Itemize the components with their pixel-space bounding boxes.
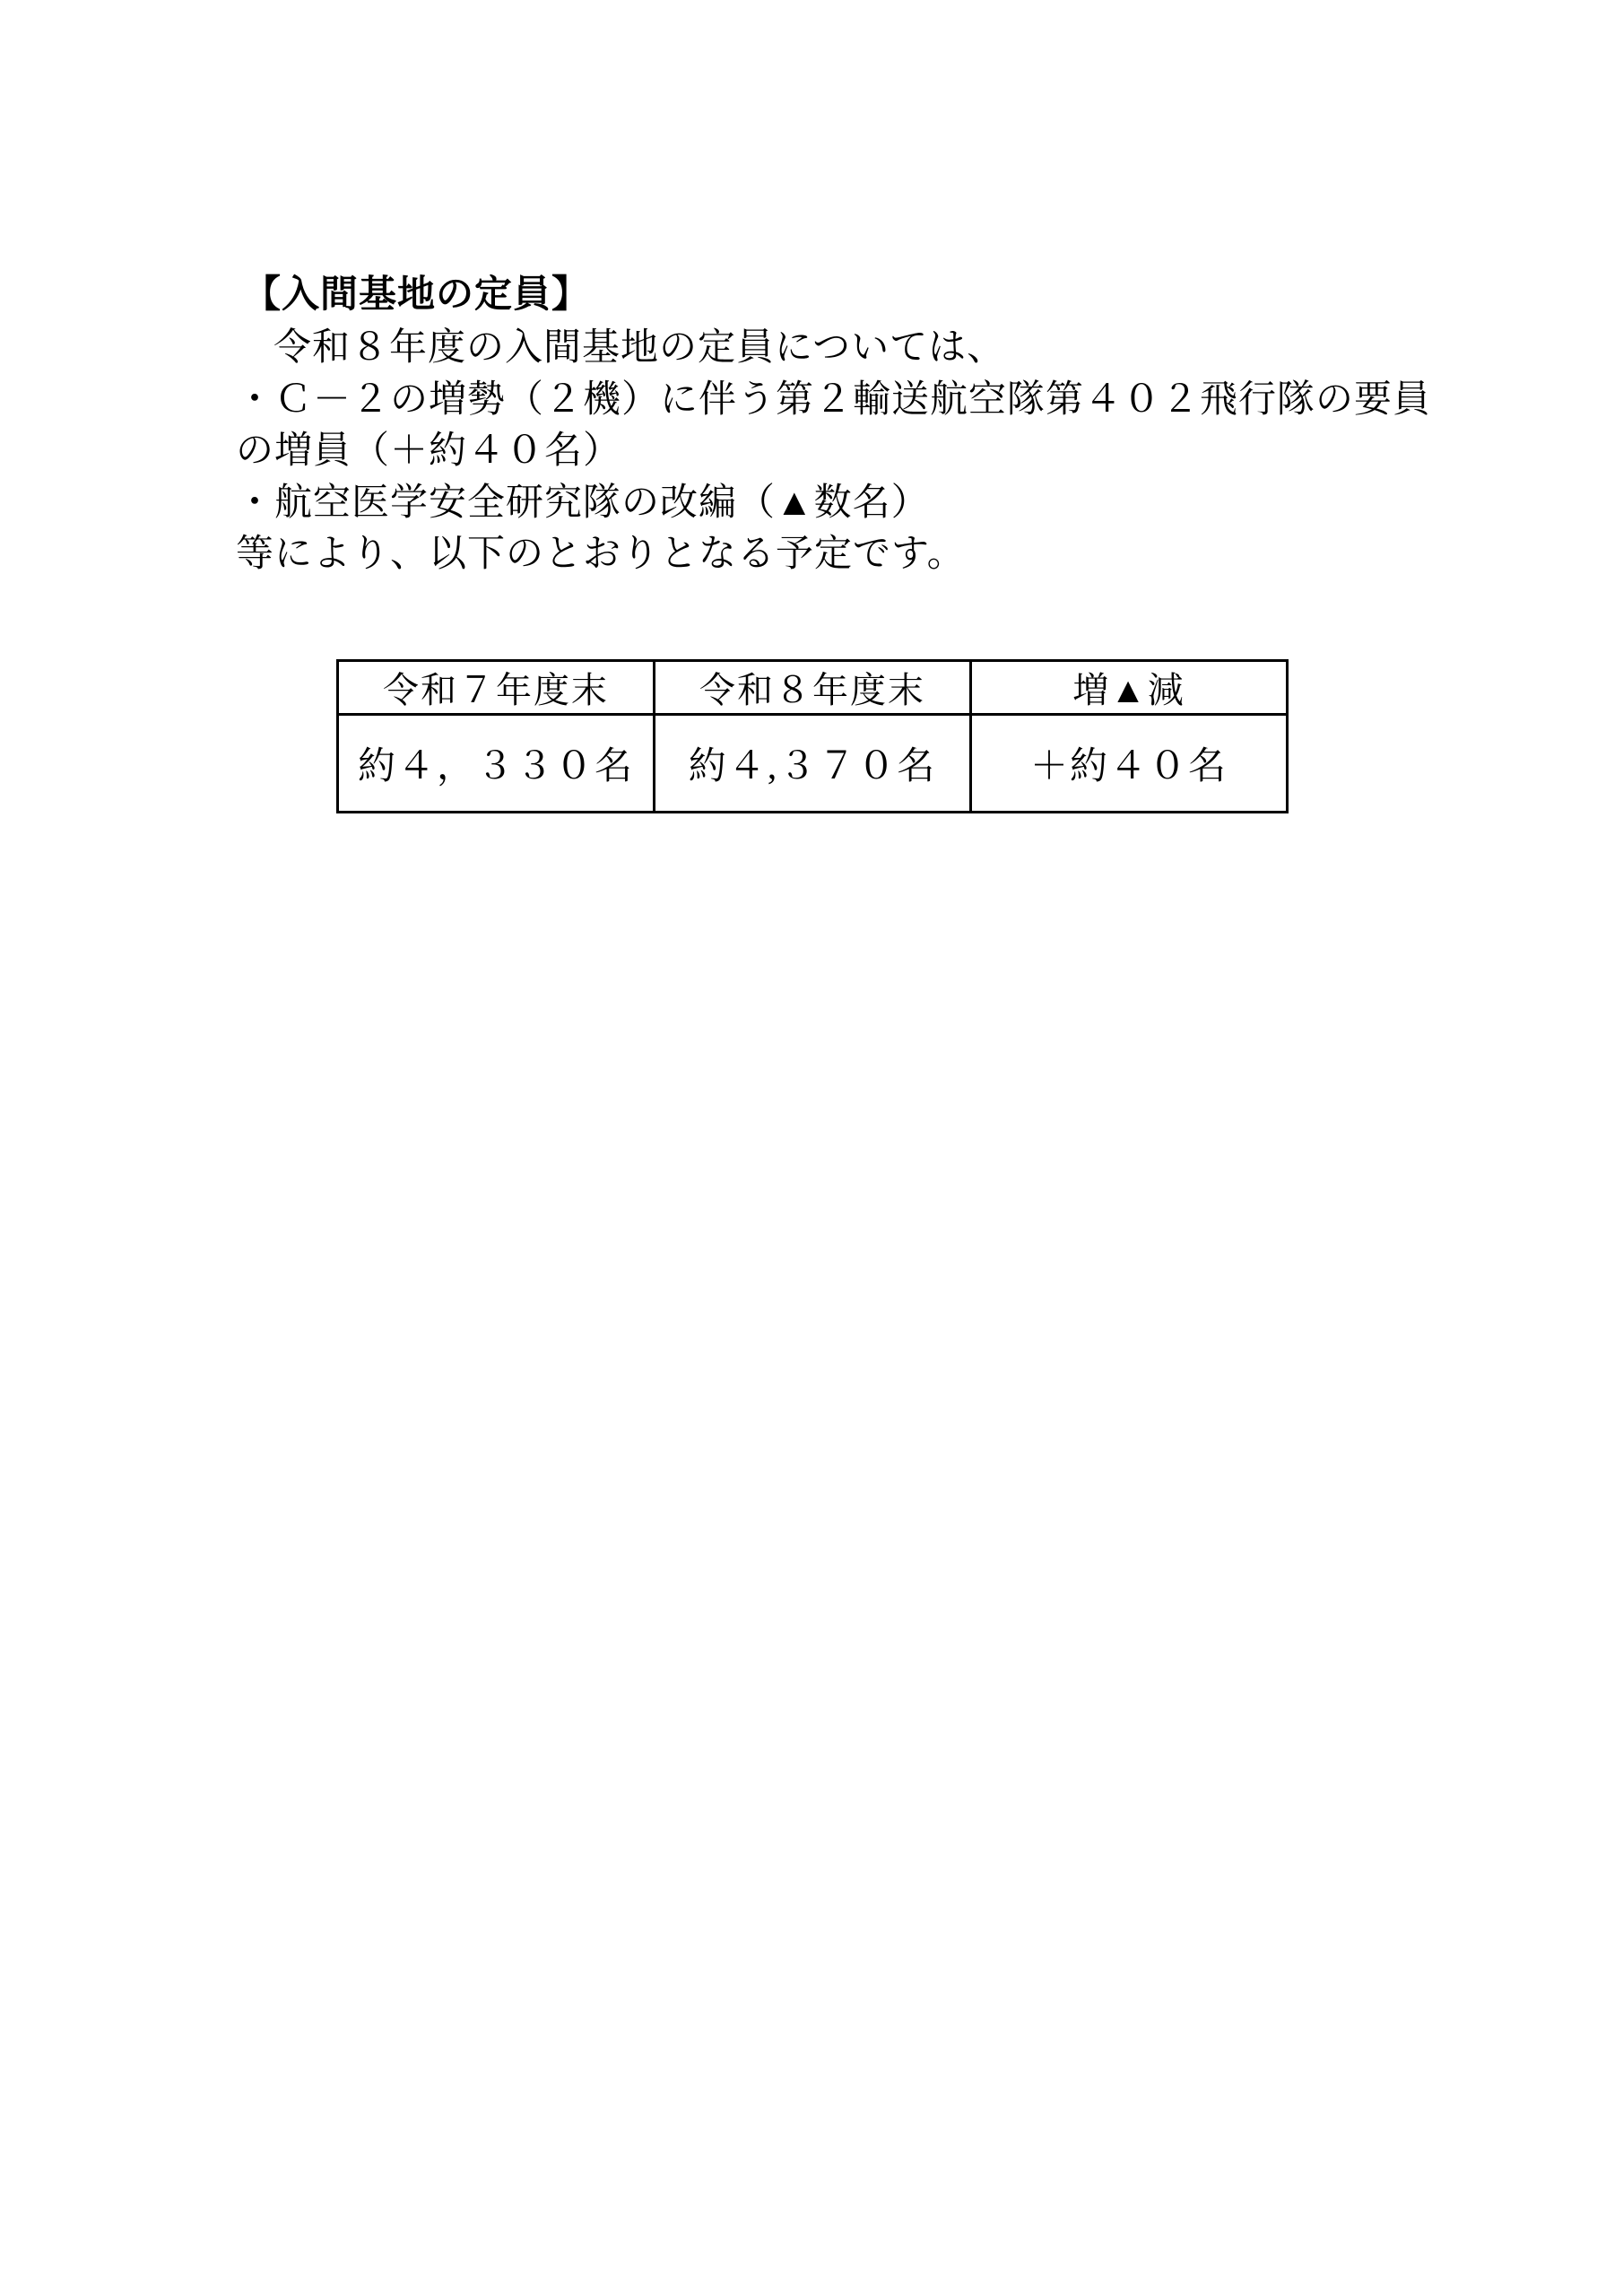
document-page: 【入間基地の定員】 令和８年度の入間基地の定員については、 ・Ｃ－２の増勢（２機… (0, 0, 1623, 2296)
header-cell-reiwa7: 令和７年度末 (338, 661, 655, 715)
personnel-table-header: 令和７年度末 令和８年度末 増▲減 (338, 661, 1288, 715)
body-line-2: ・Ｃ－２の増勢（２機）に伴う第２輸送航空隊第４０２飛行隊の要員 (236, 375, 1509, 427)
body-line-1: 令和８年度の入間基地の定員については、 (236, 323, 1509, 375)
cell-change-value: ＋約４０名 (971, 715, 1288, 813)
personnel-table-body: 約４，３３０名 約４,３７０名 ＋約４０名 (338, 715, 1288, 813)
table-header-row: 令和７年度末 令和８年度末 増▲減 (338, 661, 1288, 715)
body-line-4: ・航空医学安全研究隊の改編（▲数名） (236, 478, 1509, 530)
header-cell-change: 増▲減 (971, 661, 1288, 715)
table-row: 約４，３３０名 約４,３７０名 ＋約４０名 (338, 715, 1288, 813)
personnel-table: 令和７年度末 令和８年度末 増▲減 約４，３３０名 約４,３７０名 ＋約４０名 (336, 659, 1289, 813)
body-line-5: 等により、以下のとおりとなる予定です。 (236, 529, 1509, 581)
section-title: 【入間基地の定員】 (243, 271, 1509, 317)
body-line-3: の増員（＋約４０名） (236, 426, 1509, 478)
document-body: 【入間基地の定員】 令和８年度の入間基地の定員については、 ・Ｃ－２の増勢（２機… (236, 271, 1509, 581)
cell-reiwa8-value: 約４,３７０名 (655, 715, 971, 813)
cell-reiwa7-value: 約４，３３０名 (338, 715, 655, 813)
header-cell-reiwa8: 令和８年度末 (655, 661, 971, 715)
paragraph-block: 令和８年度の入間基地の定員については、 ・Ｃ－２の増勢（２機）に伴う第２輸送航空… (236, 323, 1509, 581)
